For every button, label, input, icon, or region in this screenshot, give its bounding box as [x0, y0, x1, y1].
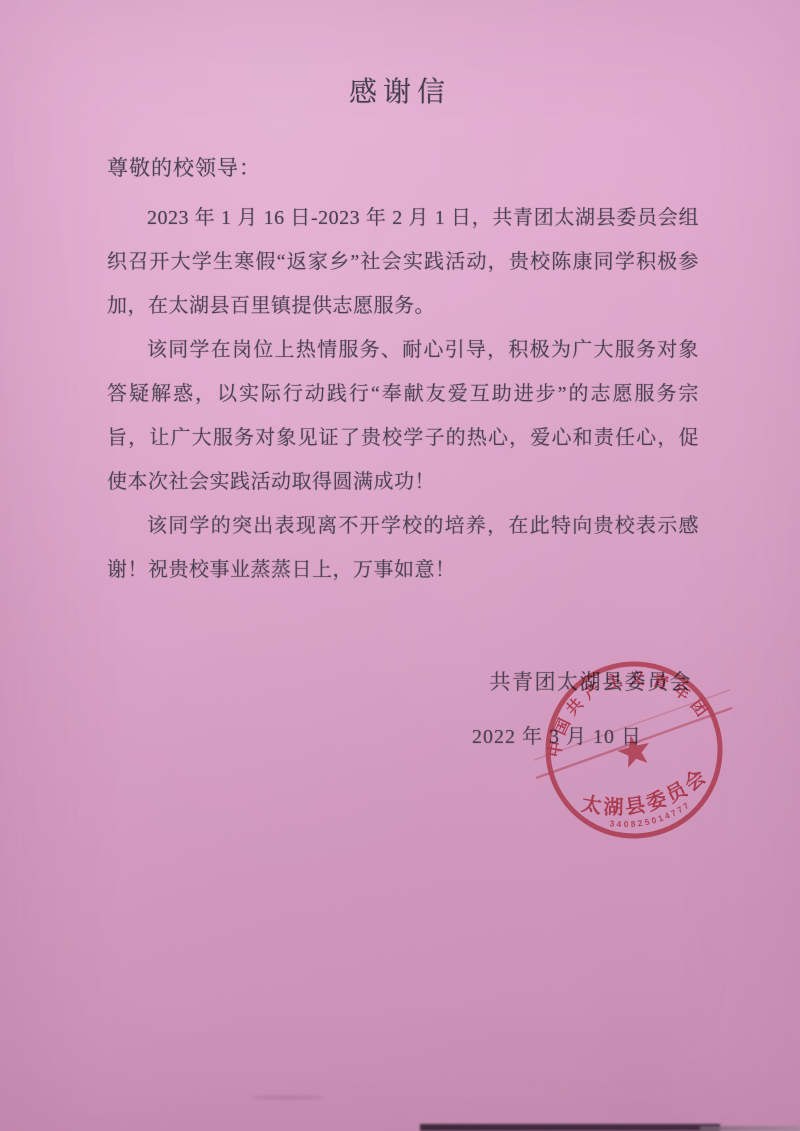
letter-body: 2023 年 1 月 16 日-2023 年 2 月 1 日，共青团太湖县委员会… [107, 196, 699, 592]
official-seal-stamp: 中国共产主义青年团 太湖县委员会 340825014777 [534, 650, 734, 850]
letter-paragraph-3: 该同学的突出表现离不开学校的培养，在此特向贵校表示感谢！祝贵校事业蒸蒸日上，万事… [107, 504, 699, 592]
table-edge-shadow [420, 1124, 720, 1131]
seal-graphic: 中国共产主义青年团 太湖县委员会 340825014777 [534, 650, 734, 850]
paper-crease-mark [252, 1096, 324, 1099]
table-edge-highlight [700, 1126, 800, 1131]
letter-paragraph-1: 2023 年 1 月 16 日-2023 年 2 月 1 日，共青团太湖县委员会… [107, 196, 699, 328]
letter-salutation: 尊敬的校领导： [107, 152, 261, 182]
letter-title: 感谢信 [0, 70, 800, 110]
letter-photo: 感谢信 尊敬的校领导： 2023 年 1 月 16 日-2023 年 2 月 1… [0, 0, 800, 1131]
letter-paragraph-2: 该同学在岗位上热情服务、耐心引导，积极为广大服务对象答疑解惑，以实际行动践行“奉… [107, 328, 699, 504]
